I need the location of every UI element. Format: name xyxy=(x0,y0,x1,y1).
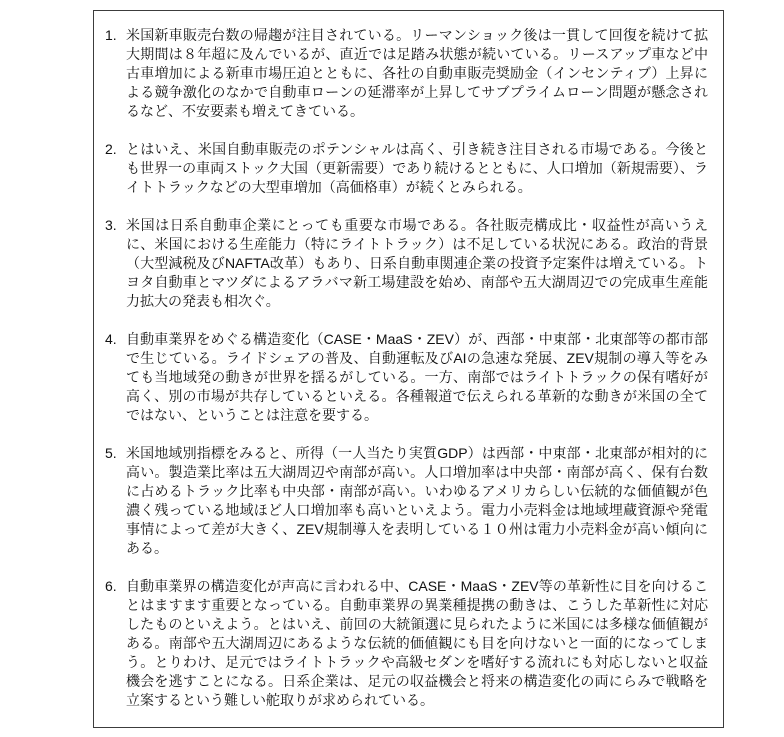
list-item-text: 米国新車販売台数の帰趨が注目されている。リーマンショック後は一貫して回復を続けて… xyxy=(126,26,708,121)
list-item-number: 1. xyxy=(105,26,126,45)
list-item-number: 6. xyxy=(105,577,126,596)
list-item: 3. 米国は日系自動車企業にとっても重要な市場である。各社販売構成比・収益性が高… xyxy=(105,216,708,311)
list-item-number: 4. xyxy=(105,330,126,349)
list-item-text: とはいえ、米国自動車販売のポテンシャルは高く、引き続き注目される市場である。今後… xyxy=(126,140,708,197)
list-item: 2. とはいえ、米国自動車販売のポテンシャルは高く、引き続き注目される市場である… xyxy=(105,140,708,197)
list-item: 5. 米国地域別指標をみると、所得（一人当たり実質GDP）は西部・中東部・北東部… xyxy=(105,444,708,558)
list-item-number: 3. xyxy=(105,216,126,235)
list-item: 6. 自動車業界の構造変化が声高に言われる中、CASE・MaaS・ZEV等の革新… xyxy=(105,577,708,710)
list-item-number: 5. xyxy=(105,444,126,463)
list-item-number: 2. xyxy=(105,140,126,159)
numbered-list: 1. 米国新車販売台数の帰趨が注目されている。リーマンショック後は一貫して回復を… xyxy=(105,26,708,710)
document-page: 1. 米国新車販売台数の帰趨が注目されている。リーマンショック後は一貫して回復を… xyxy=(0,0,784,737)
list-item-text: 自動車業界の構造変化が声高に言われる中、CASE・MaaS・ZEV等の革新性に目… xyxy=(126,577,708,710)
list-item-text: 米国は日系自動車企業にとっても重要な市場である。各社販売構成比・収益性が高いうえ… xyxy=(126,216,708,311)
list-item-text: 米国地域別指標をみると、所得（一人当たり実質GDP）は西部・中東部・北東部が相対… xyxy=(126,444,708,558)
list-item: 1. 米国新車販売台数の帰趨が注目されている。リーマンショック後は一貫して回復を… xyxy=(105,26,708,121)
summary-textbox: 1. 米国新車販売台数の帰趨が注目されている。リーマンショック後は一貫して回復を… xyxy=(93,10,724,728)
list-item-text: 自動車業界をめぐる構造変化（CASE・MaaS・ZEV）が、西部・中東部・北東部… xyxy=(126,330,708,425)
list-item: 4. 自動車業界をめぐる構造変化（CASE・MaaS・ZEV）が、西部・中東部・… xyxy=(105,330,708,425)
